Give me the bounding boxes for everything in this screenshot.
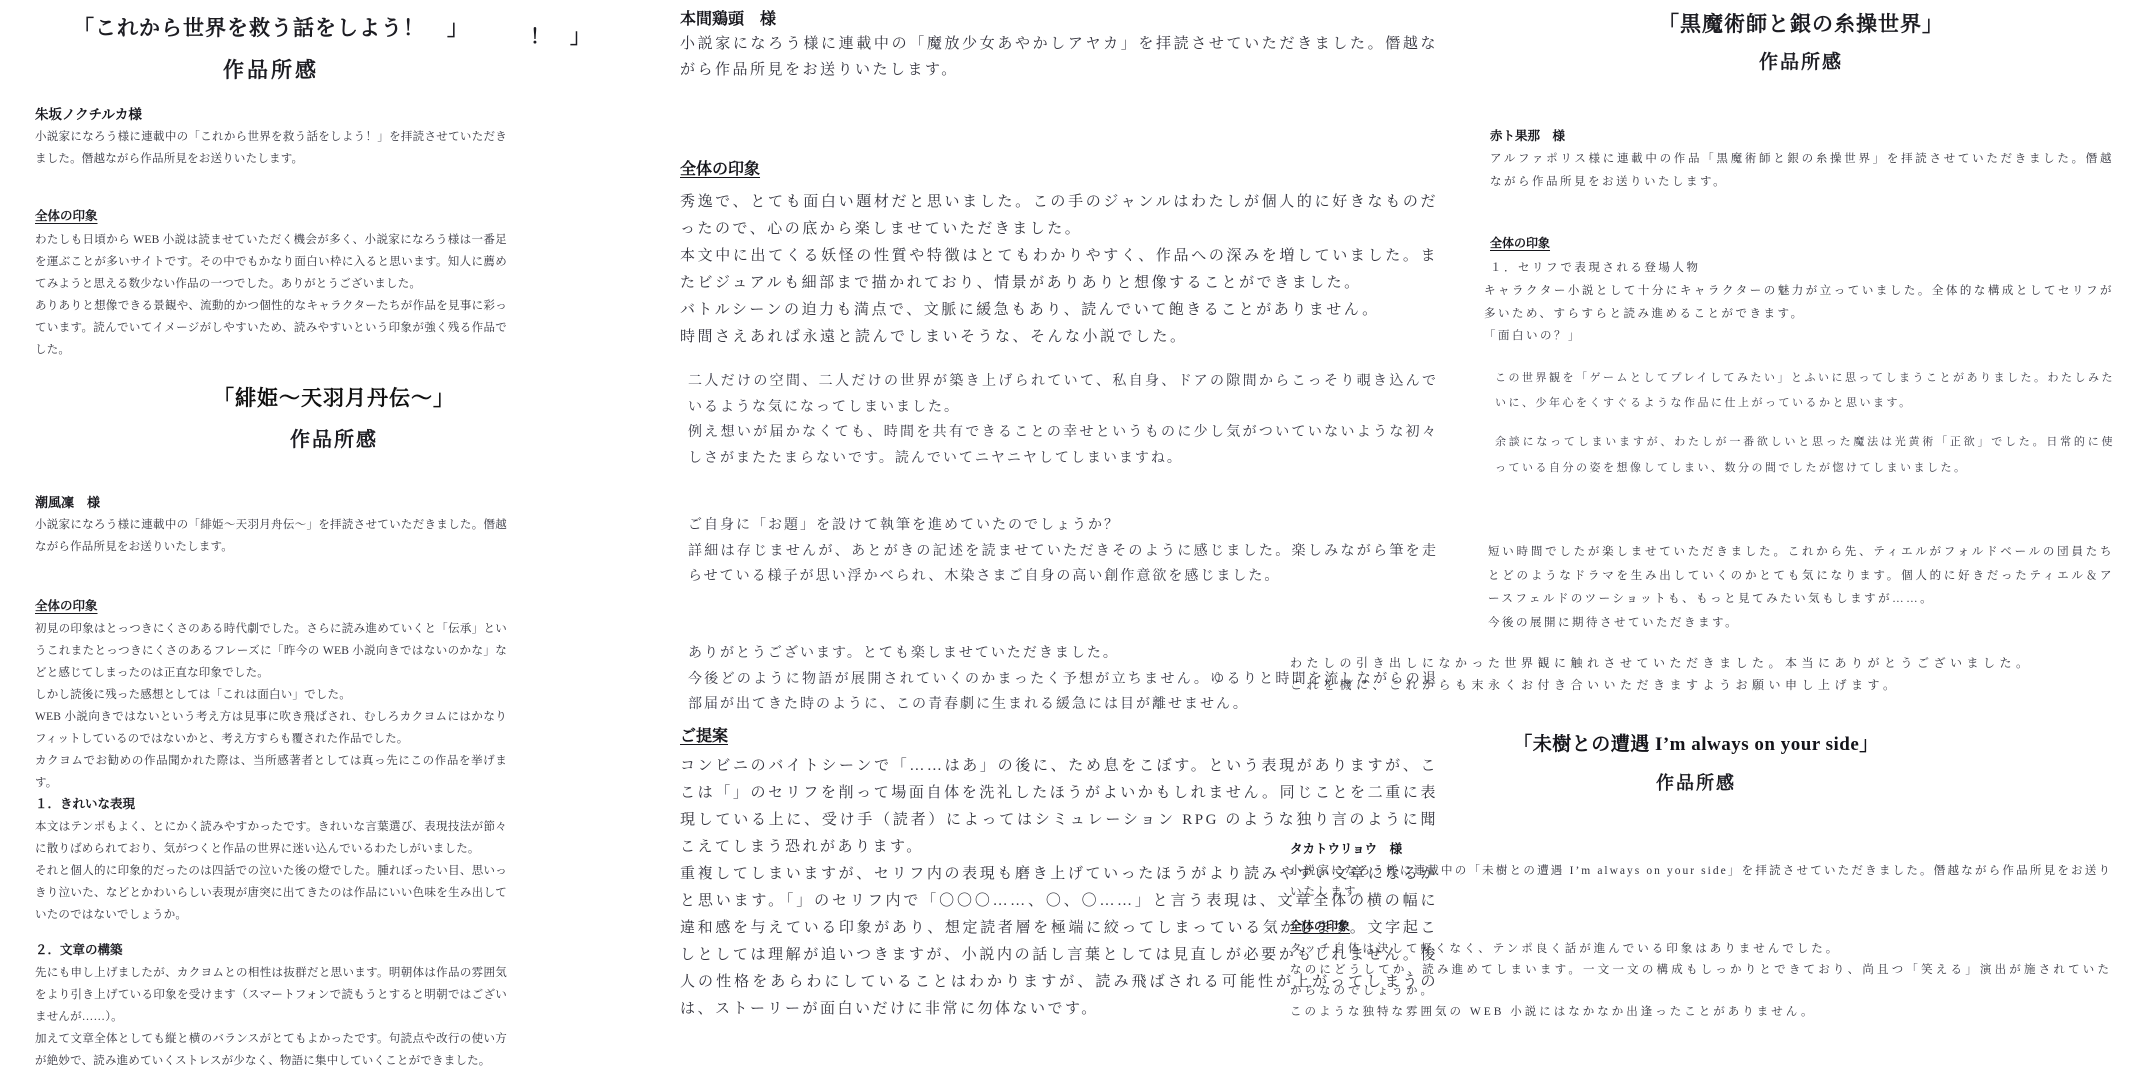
paragraph: キャラクター小説として十分にキャラクターの魅力が立っていました。全体的な構成とし… [1484, 280, 2114, 325]
review2-point2-text: 先にも申し上げましたが、カクヨムとの相性は抜群だと思います。明朝体は作品の雰囲気… [35, 962, 507, 1066]
paragraph: バトルシーンの迫力も満点で、文脈に緩急もあり、読んでいて飽きることがありません。 [680, 297, 1438, 324]
review4-point-heading-row: １．セリフで表現される登場人物 [1490, 257, 2120, 280]
review4-title: 「黒魔術師と銀の糸操世界」 [1490, 8, 2112, 38]
reviewer4-name: 赤ト果那 様 [1490, 126, 1565, 144]
paragraph: 二人だけの空間、二人だけの世界が築き上げられていて、私自身、ドアの隙間からこっそ… [688, 369, 1438, 420]
paragraph: 短い時間でしたが楽しませていただきました。これから先、ティエルがフォルドベールの… [1488, 541, 2114, 612]
review5-title: 「未樹との遭遇 I’m always on your side」 [1290, 729, 2102, 756]
review2-title: 「緋姫～天羽月丹伝～」 [158, 382, 510, 412]
review2-point1-heading: １．きれいな表現 [35, 794, 135, 812]
review2-overall-heading: 全体の印象 [35, 596, 98, 614]
review5-overall-text: タッチ自体は決して軽くなく、テンポ良く話が進んでいる印象はありませんでした。 な… [1290, 939, 2112, 1023]
review4-overall-heading: 全体の印象 [1490, 234, 1550, 251]
review1-title: 「これから世界を救う話をしよう！ 」 [35, 12, 507, 42]
paragraph: 本文はテンポもよく、とにかく読みやすかったです。きれいな言葉選び、表現技法が節々… [35, 816, 507, 860]
paragraph: 本文中に出てくる妖怪の性質や特徴はとてもわかりやすく、作品への深みを増していまし… [680, 243, 1438, 297]
review2-point1-text: 本文はテンポもよく、とにかく読みやすかったです。きれいな言葉選び、表現技法が節々… [35, 816, 507, 926]
paragraph: 詳細は存じませんが、あとがきの記述を読ませていただきそのように感じました。楽しみ… [688, 539, 1438, 590]
review4-thanks-text: わたしの引き出しになかった世界観に触れさせていただきました。本当にありがとうござ… [1290, 653, 2102, 696]
paragraph: それと個人的に印象的だったのは四話での泣いた後の燈でした。腫れぼったい目、思いっ… [35, 860, 507, 926]
subheading: １．セリフで表現される登場人物 [1490, 257, 2120, 280]
reviewer3-name: 本間鶏頭 様 [680, 6, 776, 29]
paragraph: このような独特な雰囲気の WEB 小説にはなかなか出逢ったことがありません。 [1290, 1002, 2112, 1023]
paragraph: しかし読後に残った感想としては「これは面白い」でした。 [35, 684, 507, 706]
reviewer5-name: タカトウリョウ 様 [1290, 839, 1402, 857]
reviewer2-name: 潮風凜 様 [35, 492, 100, 511]
review3-overall-text: 秀逸で、とても面白い題材だと思いました。この手のジャンルはわたしが個人的に好きな… [680, 189, 1438, 351]
review1-intro: 小説家になろう様に連載中の「これから世界を救う話をしよう！」を拝読させていただき… [35, 126, 507, 170]
review1-subtitle: 作品所感 [35, 54, 507, 84]
review4-character-text: キャラクター小説として十分にキャラクターの魅力が立っていました。全体的な構成とし… [1484, 280, 2114, 348]
paragraph: 加えて文章全体としても縦と横のバランスがとてもよかったです。句読点や改行の使い方… [35, 1028, 507, 1066]
review2-overall-text: 初見の印象はとっつきにくさのある時代劇でした。さらに読み進めていくと「伝承」とい… [35, 618, 507, 794]
review2-point2-heading: ２．文章の構築 [35, 940, 123, 958]
paragraph: ご自身に「お題」を設けて執筆を進めていたのでしょうか？ [688, 513, 1438, 539]
paragraph: 今後の展開に期待させていただきます。 [1488, 612, 2114, 636]
review5-intro: 小説家になろう様に連載中の「未樹との遭遇 I’m always on your … [1290, 861, 2112, 903]
reviewer1-name: 朱坂ノクチルカ様 [35, 103, 142, 123]
document-collage: 「これから世界を救う話をしよう！ 」 作品所感 ！ 」 朱坂ノクチルカ様 小説家… [0, 0, 2133, 1066]
paragraph: 先にも申し上げましたが、カクヨムとの相性は抜群だと思います。明朝体は作品の雰囲気… [35, 962, 507, 1028]
paragraph: これを機に、これからも末永くお付き合いいただきますようお願い申し上げます。 [1290, 675, 2102, 697]
paragraph: 時間さえあれば永遠と読んでしまいそうな、そんな小説でした。 [680, 324, 1438, 351]
review4-closing-text: 短い時間でしたが楽しませていただきました。これから先、ティエルがフォルドベールの… [1488, 541, 2114, 635]
review3-intro: 小説家になろう様に連載中の「魔放少女あやかしアヤカ」を拝読させていただきました。… [680, 31, 1438, 83]
review2-intro: 小説家になろう様に連載中の「緋姫～天羽月舟伝～」を拝読させていただきました。僭越… [35, 514, 507, 558]
paragraph: WEB 小説向きではないという考え方は見事に吹き飛ばされ、むしろカクヨムにはかな… [35, 706, 507, 750]
review4-subtitle: 作品所感 [1490, 47, 2112, 74]
paragraph: なのにどうしてか、読み進めてしまいます。一文一文の構成もしっかりとできており、尚… [1290, 960, 2112, 1002]
paragraph: タッチ自体は決して軽くなく、テンポ良く話が進んでいる印象はありませんでした。 [1290, 939, 2112, 960]
cutoff-title-fragment: ！ 」 [530, 20, 590, 49]
review4-aside-text: 余談になってしまいますが、わたしが一番欲しいと思った魔法は光黄術「正欲」でした。… [1495, 429, 2115, 481]
review2-subtitle: 作品所感 [158, 423, 510, 452]
paragraph: 秀逸で、とても面白い題材だと思いました。この手のジャンルはわたしが個人的に好きな… [680, 189, 1438, 243]
review3-overall-heading: 全体の印象 [680, 156, 760, 179]
paragraph: カクヨムでお勧めの作品聞かれた際は、当所感著者としては真っ先にこの作品を挙げます… [35, 750, 507, 794]
review3-impression-text: 二人だけの空間、二人だけの世界が築き上げられていて、私自身、ドアの隙間からこっそ… [688, 369, 1438, 471]
paragraph: 例え想いが届かなくても、時間を共有できることの幸せというものに少し気がついていな… [688, 420, 1438, 471]
review4-world-text: この世界観を「ゲームとしてプレイしてみたい」とふいに思ってしまうことがありました… [1495, 366, 2115, 416]
paragraph: わたしの引き出しになかった世界観に触れさせていただきました。本当にありがとうござ… [1290, 653, 2102, 675]
review3-question-text: ご自身に「お題」を設けて執筆を進めていたのでしょうか？ 詳細は存じませんが、あと… [688, 513, 1438, 590]
review1-overall-heading: 全体の印象 [35, 206, 98, 224]
paragraph: ありありと想像できる景観や、流動的かつ個性的なキャラクターたちが作品を見事に彩っ… [35, 295, 507, 361]
review1-overall-text: わたしも日頃から WEB 小説は読ませていただく機会が多く、小説家になろう様は一… [35, 229, 507, 361]
review5-overall-heading: 全体の印象 [1290, 917, 1350, 934]
review4-intro: アルファポリス様に連載中の作品「黒魔術師と銀の糸操世界」を拝読させていただきまし… [1490, 148, 2114, 193]
paragraph: わたしも日頃から WEB 小説は読ませていただく機会が多く、小説家になろう様は一… [35, 229, 507, 295]
paragraph: 「面白いの？」 [1484, 325, 2114, 348]
review5-subtitle: 作品所感 [1290, 769, 2102, 795]
paragraph: 初見の印象はとっつきにくさのある時代劇でした。さらに読み進めていくと「伝承」とい… [35, 618, 507, 684]
review3-proposal-heading: ご提案 [680, 723, 728, 746]
